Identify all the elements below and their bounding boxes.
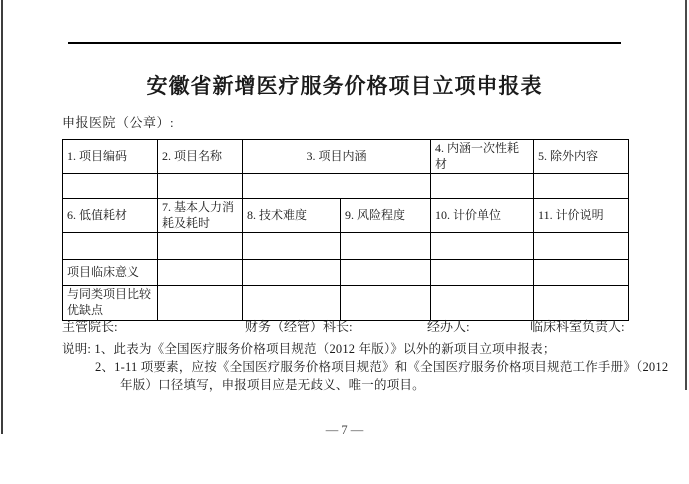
application-form-table: 1. 项目编码 2. 项目名称 3. 项目内涵 4. 内涵一次性耗材 5. 除外… <box>62 139 629 321</box>
empty-cell <box>341 260 431 286</box>
table-row-blank-2 <box>63 233 629 260</box>
header-rule <box>68 42 621 44</box>
row-label-comparison: 与同类项目比较优缺点 <box>63 286 158 320</box>
page-number: — 7 — <box>0 423 689 438</box>
empty-cell <box>243 260 341 286</box>
header-cell-technical-difficulty: 8. 技术难度 <box>243 199 341 233</box>
header-cell-disposable-consumables: 4. 内涵一次性耗材 <box>431 140 534 174</box>
header-cell-risk-level: 9. 风险程度 <box>341 199 431 233</box>
header-cell-pricing-notes: 11. 计价说明 <box>534 199 629 233</box>
signature-finance-chief-label: 财务（经管）科长: <box>245 316 353 335</box>
table-row-clinical-significance: 项目临床意义 <box>63 260 629 286</box>
empty-cell <box>534 233 629 260</box>
header-cell-project-content: 3. 项目内涵 <box>243 140 431 174</box>
table-row-headers-6-11: 6. 低值耗材 7. 基本人力消耗及耗时 8. 技术难度 9. 风险程度 10.… <box>63 199 629 233</box>
empty-cell <box>534 174 629 199</box>
empty-cell <box>534 286 629 320</box>
notes-line-3: 年版）口径填写，申报项目应是无歧义、唯一的项目。 <box>120 375 425 393</box>
empty-cell <box>158 260 243 286</box>
header-cell-low-value-consumables: 6. 低值耗材 <box>63 199 158 233</box>
empty-cell <box>431 174 534 199</box>
empty-cell <box>158 233 243 260</box>
empty-cell <box>63 233 158 260</box>
applicant-hospital-label: 申报医院（公章）: <box>62 112 174 131</box>
scanned-document-page: 安徽省新增医疗服务价格项目立项申报表 申报医院（公章）: 1. 项目编码 2. … <box>0 0 689 484</box>
table-row-blank-1 <box>63 174 629 199</box>
notes-line-1: 说明: 1、此表为《全国医疗服务价格项目规范（2012 年版）》以外的新项目立项… <box>62 339 556 357</box>
header-cell-project-code: 1. 项目编码 <box>63 140 158 174</box>
empty-cell <box>243 286 341 320</box>
empty-cell <box>431 286 534 320</box>
signature-row: 主管院长: 财务（经管）科长: 经办人: 临床科室负责人: <box>0 316 689 334</box>
signature-director-label: 主管院长: <box>62 316 118 335</box>
header-cell-pricing-unit: 10. 计价单位 <box>431 199 534 233</box>
row-label-clinical-significance: 项目临床意义 <box>63 260 158 286</box>
empty-cell <box>431 233 534 260</box>
table-row-headers-1-5: 1. 项目编码 2. 项目名称 3. 项目内涵 4. 内涵一次性耗材 5. 除外… <box>63 140 629 174</box>
empty-cell <box>158 174 243 199</box>
empty-cell <box>63 174 158 199</box>
signature-handler-label: 经办人: <box>427 316 470 335</box>
notes-line-2: 2、1-11 项要素，应按《全国医疗服务价格项目规范》和《全国医疗服务价格项目规… <box>95 357 668 375</box>
header-cell-manpower-time: 7. 基本人力消耗及耗时 <box>158 199 243 233</box>
table-row-comparison: 与同类项目比较优缺点 <box>63 286 629 320</box>
empty-cell <box>534 260 629 286</box>
empty-cell <box>243 174 431 199</box>
empty-cell <box>341 286 431 320</box>
header-cell-project-name: 2. 项目名称 <box>158 140 243 174</box>
document-title: 安徽省新增医疗服务价格项目立项申报表 <box>0 70 689 100</box>
page-edge-left <box>1 0 3 434</box>
signature-clinical-dept-label: 临床科室负责人: <box>530 316 625 335</box>
header-cell-exclusions: 5. 除外内容 <box>534 140 629 174</box>
empty-cell <box>243 233 341 260</box>
empty-cell <box>431 260 534 286</box>
empty-cell <box>341 233 431 260</box>
empty-cell <box>158 286 243 320</box>
